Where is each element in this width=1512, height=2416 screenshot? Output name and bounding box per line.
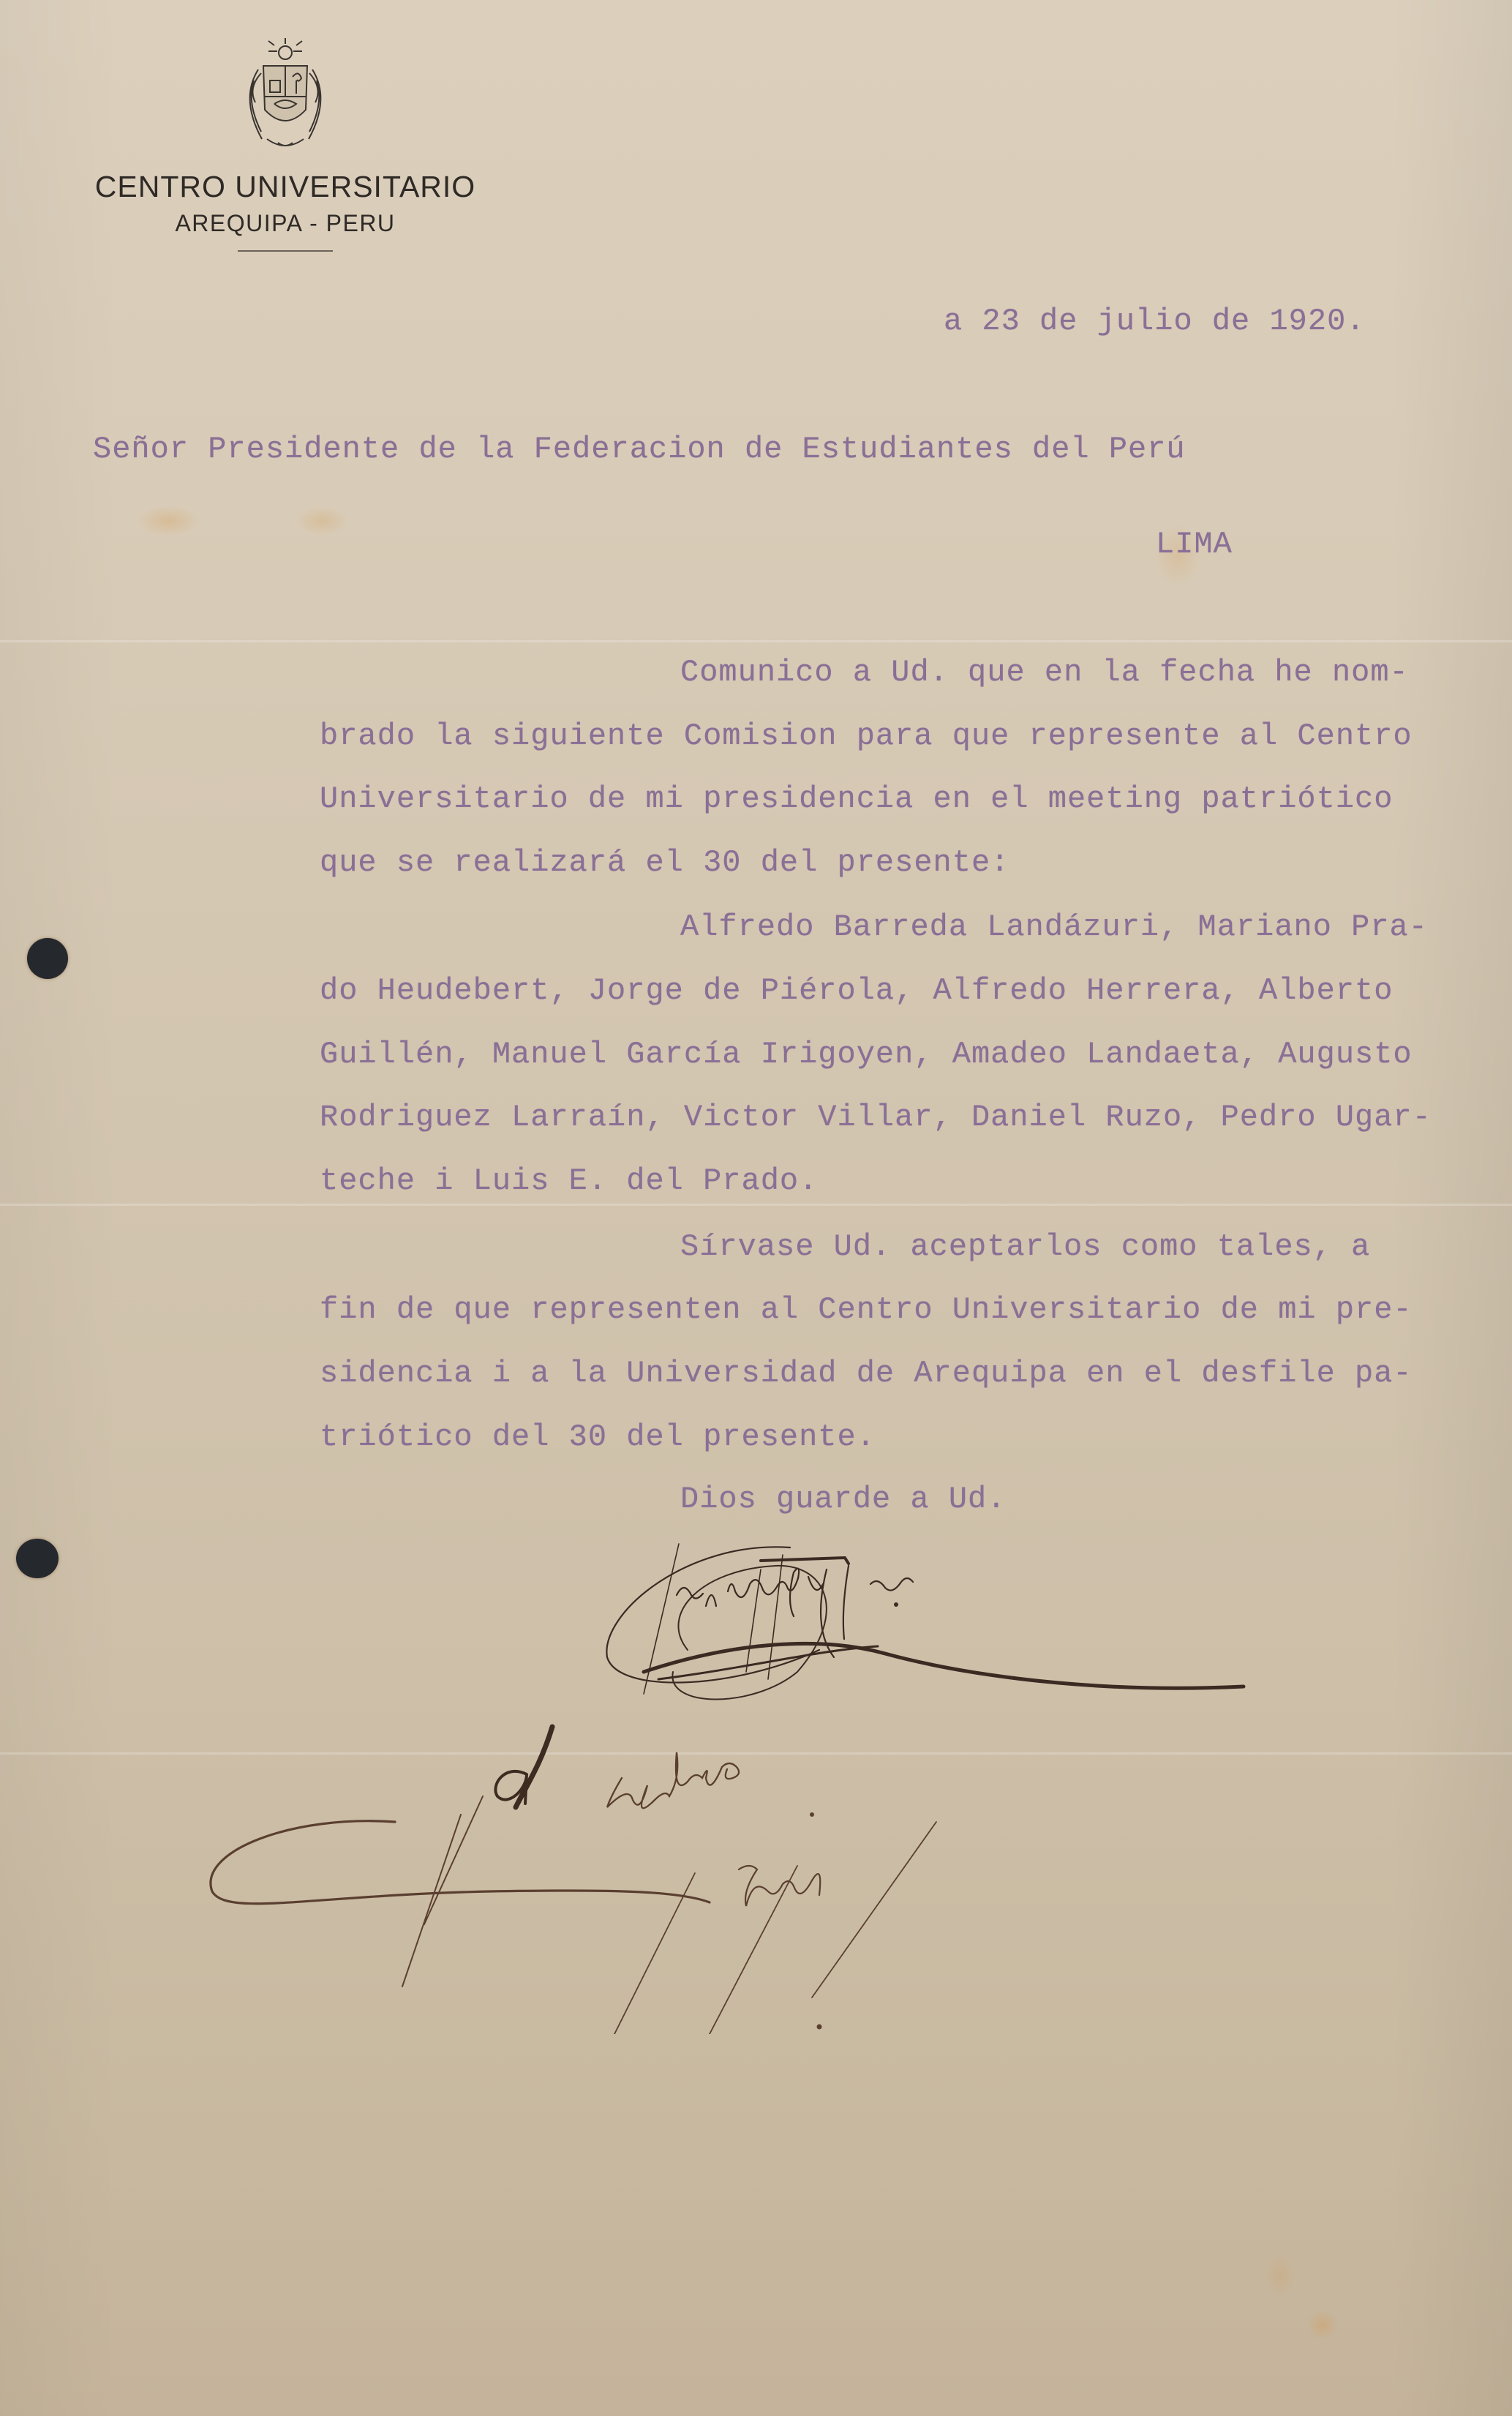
body-line: Alfredo Barreda Landázuri, Mariano Pra- — [680, 909, 1428, 945]
addressee-line: Señor Presidente de la Federacion de Est… — [93, 432, 1186, 467]
date-line: a 23 de julio de 1920. — [944, 304, 1366, 339]
body-line: teche i Luis E. del Prado. — [320, 1163, 818, 1198]
body-line: Sírvase Ud. aceptarlos como tales, a — [680, 1229, 1370, 1264]
punch-hole — [27, 938, 68, 979]
body-line: Universitario de mi presidencia en el me… — [320, 781, 1393, 817]
body-line: sidencia i a la Universidad de Arequipa … — [320, 1356, 1413, 1391]
body-line: do Heudebert, Jorge de Piérola, Alfredo … — [320, 973, 1393, 1008]
letterhead-divider — [238, 250, 333, 252]
body-line: triótico del 30 del presente. — [320, 1419, 876, 1455]
fold-crease — [0, 640, 1512, 642]
letterhead-subtitle: AREQUIPA - PERU — [66, 210, 505, 237]
body-line: Comunico a Ud. que en la fecha he nom- — [680, 655, 1409, 690]
peru-coat-of-arms-icon — [223, 37, 347, 161]
punch-hole — [16, 1539, 59, 1578]
body-line: Guillén, Manuel García Irigoyen, Amadeo … — [320, 1037, 1413, 1072]
city-line: LIMA — [1156, 527, 1233, 562]
body-line: fin de que representen al Centro Univers… — [320, 1292, 1413, 1327]
paper-texture — [0, 0, 1512, 2416]
letterhead: CENTRO UNIVERSITARIO AREQUIPA - PERU — [66, 37, 505, 252]
body-line: brado la siguiente Comision para que rep… — [320, 719, 1413, 754]
archive-annotation — [183, 1705, 1170, 2034]
letterhead-title: CENTRO UNIVERSITARIO — [66, 170, 505, 204]
fold-crease — [0, 1204, 1512, 1206]
body-line: Rodriguez Larraín, Victor Villar, Daniel… — [320, 1100, 1432, 1135]
body-line: que se realizará el 30 del presente: — [320, 845, 1009, 880]
closing-line: Dios guarde a Ud. — [680, 1482, 1006, 1517]
